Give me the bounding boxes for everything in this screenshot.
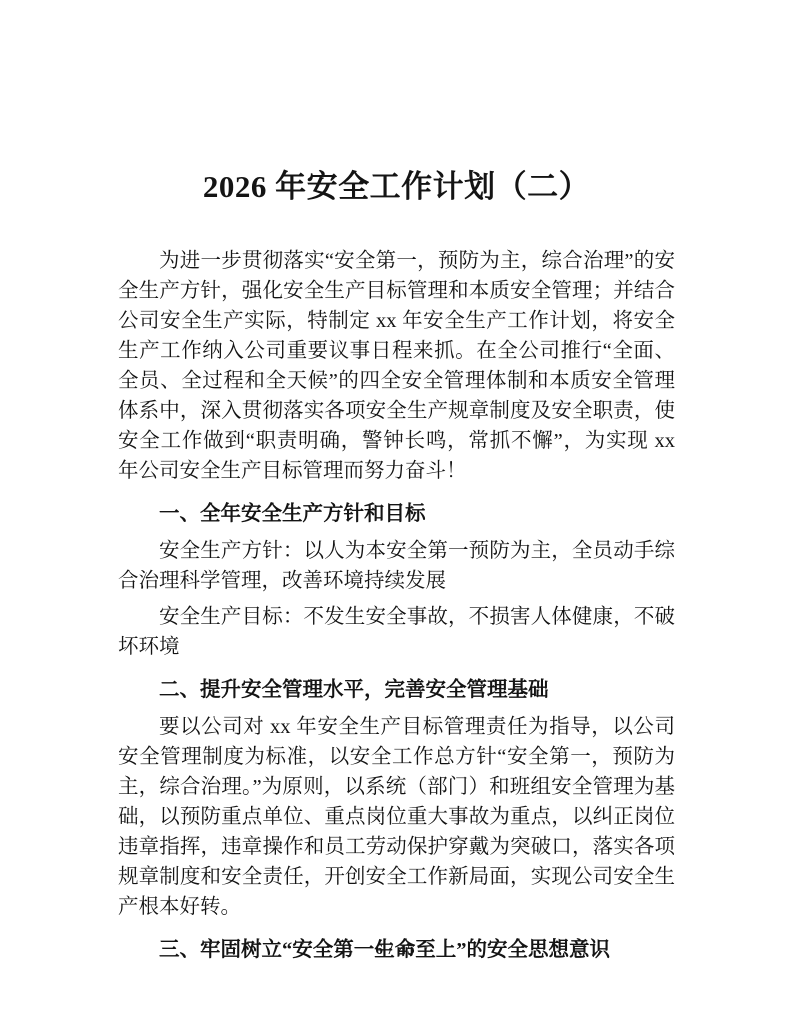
- document-page: 2026 年安全工作计划（二） 为进一步贯彻落实“安全第一，预防为主，综合治理”…: [0, 0, 791, 1024]
- paragraph-safety-policy: 安全生产方针：以人为本安全第一预防为主，全员动手综合治理科学管理，改善环境持续发…: [118, 536, 675, 596]
- paragraph-management-basis: 要以公司对 xx 年安全生产目标管理责任为指导，以公司安全管理制度为标准，以安全…: [118, 712, 675, 922]
- document-content: 2026 年安全工作计划（二） 为进一步贯彻落实“安全第一，预防为主，综合治理”…: [118, 166, 675, 972]
- section-heading-1: 一、全年安全生产方针和目标: [118, 499, 675, 529]
- paragraph-intro: 为进一步贯彻落实“安全第一，预防为主，综合治理”的安全生产方针，强化安全生产目标…: [118, 246, 675, 486]
- paragraph-safety-target: 安全生产目标：不发生安全事故，不损害人体健康，不破坏环境: [118, 602, 675, 662]
- page-number: 6 / 45: [0, 942, 791, 959]
- page-title: 2026 年安全工作计划（二）: [118, 166, 675, 208]
- section-heading-2: 二、提升安全管理水平，完善安全管理基础: [118, 675, 675, 705]
